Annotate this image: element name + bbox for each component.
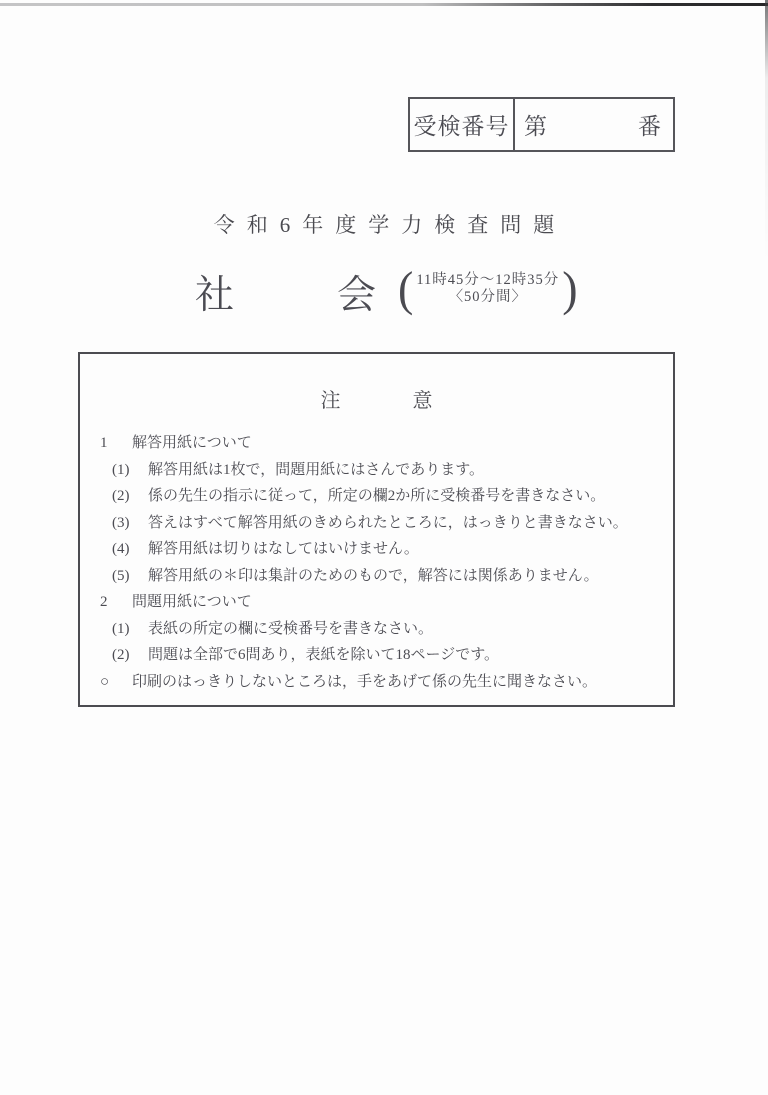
examinee-number-field: 第 番 [515,99,673,150]
exam-title: 令和6年度学力検査問題 [0,209,768,239]
notice-heading: 注意 [80,384,673,413]
notice-item-text: 解答用紙について [132,434,252,453]
examinee-number-label: 受検番号 [410,99,515,150]
notice-item-number: (5) [112,567,135,586]
notice-box: 注意 1 解答用紙について (1) 解答用紙は1枚で，問題用紙にはさんであります… [78,352,675,707]
exam-cover-page: 受検番号 第 番 令和6年度学力検査問題 社 会 ( 11時45分～12時35分… [0,0,768,1095]
notice-list: 1 解答用紙について (1) 解答用紙は1枚で，問題用紙にはさんであります。 (… [80,434,673,691]
subject-line: 社 会 ( 11時45分～12時35分 〈50分間〉 ) [0,258,768,328]
notice-item-text: 印刷のはっきりしないところは，手をあげて係の先生に聞きなさい。 [132,673,597,692]
notice-item-number: 2 [100,593,117,612]
time-paren-open: ( [398,265,413,313]
notice-item-number: (2) [112,487,135,506]
notice-item-text: 問題は全部で6問あり，表紙を除いて18ページです。 [148,646,499,665]
notice-item-text: 係の先生の指示に従って，所定の欄2か所に受検番号を書きなさい。 [148,487,605,506]
notice-item-text: 表紙の所定の欄に受検番号を書きなさい。 [148,620,433,639]
notice-item-number: (1) [112,620,135,639]
scan-top-edge-artifact [0,3,768,6]
notice-item-number: (4) [112,540,135,559]
notice-heading-char1: 注 [321,390,341,412]
notice-item-1-3: (3) 答えはすべて解答用紙のきめられたところに，はっきりと書きなさい。 [80,514,673,533]
number-suffix: 番 [638,108,661,141]
notice-footer-item: ○ 印刷のはっきりしないところは，手をあげて係の先生に聞きなさい。 [80,673,673,692]
notice-item-text: 解答用紙は1枚で，問題用紙にはさんであります。 [148,461,484,480]
notice-item-2-2: (2) 問題は全部で6問あり，表紙を除いて18ページです。 [80,646,673,665]
notice-item-1-2: (2) 係の先生の指示に従って，所定の欄2か所に受検番号を書きなさい。 [80,487,673,506]
number-prefix: 第 [524,108,547,141]
notice-item-text: 問題用紙について [132,593,252,612]
notice-item-number: (3) [112,514,135,533]
time-range: 11時45分～12時35分 [416,272,559,289]
notice-section-1: 1 解答用紙について [80,434,673,453]
examinee-number-box: 受検番号 第 番 [408,97,675,152]
notice-section-2: 2 問題用紙について [80,593,673,612]
notice-heading-char2: 意 [413,390,433,412]
notice-item-number: (1) [112,461,135,480]
notice-item-1-5: (5) 解答用紙の＊印は集計のためのもので，解答には関係ありません。 [80,567,673,586]
notice-item-1-4: (4) 解答用紙は切りはなしてはいけません。 [80,540,673,559]
notice-item-number: 1 [100,434,117,453]
exam-time-block: ( 11時45分～12時35分 〈50分間〉 ) [398,266,578,312]
time-paren-close: ) [562,265,577,313]
notice-item-text: 解答用紙は切りはなしてはいけません。 [148,540,419,559]
notice-item-text: 答えはすべて解答用紙のきめられたところに，はっきりと書きなさい。 [148,514,628,533]
circle-marker-icon: ○ [100,673,117,692]
subject-name-char1: 社 [195,264,234,320]
subject-name-char2: 会 [337,264,376,320]
notice-item-2-1: (1) 表紙の所定の欄に受検番号を書きなさい。 [80,620,673,639]
time-duration: 〈50分間〉 [449,289,528,306]
time-text: 11時45分～12時35分 〈50分間〉 [413,272,562,306]
notice-item-number: (2) [112,646,135,665]
notice-item-1-1: (1) 解答用紙は1枚で，問題用紙にはさんであります。 [80,461,673,480]
notice-item-text: 解答用紙の＊印は集計のためのもので，解答には関係ありません。 [148,567,599,586]
